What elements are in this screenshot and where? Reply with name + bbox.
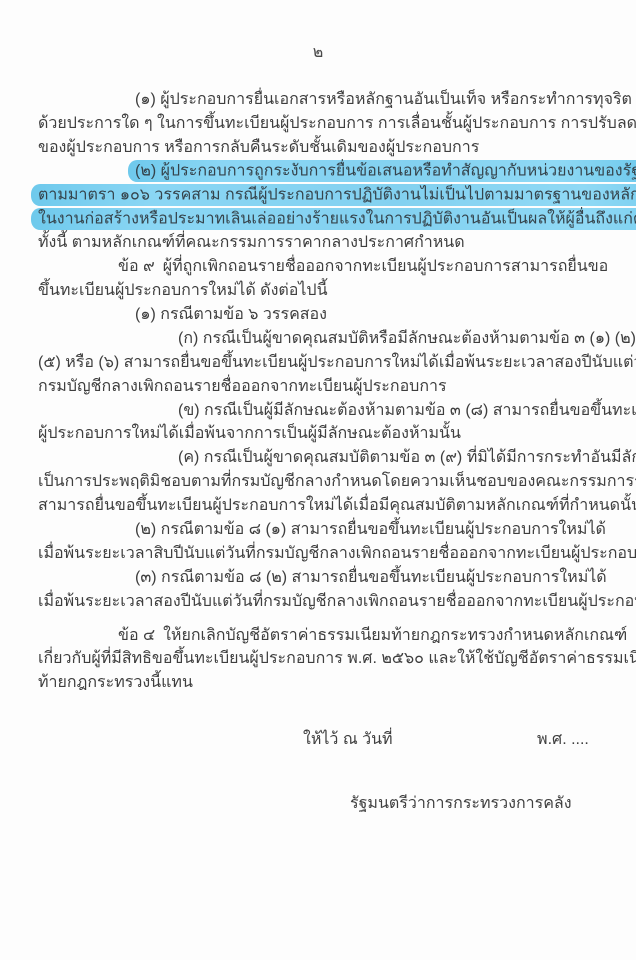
- text-line: เป็นการประพฤติมิชอบตามที่กรมบัญชีกลางกำห…: [38, 470, 604, 494]
- text-line: (๓) กรณีตามข้อ ๘ (๒) สามารถยื่นขอขึ้นทะเ…: [38, 566, 604, 590]
- text-line: (ก) กรณีเป็นผู้ขาดคุณสมบัติหรือมีลักษณะต…: [38, 327, 604, 351]
- highlighted-text: ตามมาตรา ๑๐๖ วรรคสาม กรณีผู้ประกอบการปฏิ…: [31, 184, 636, 206]
- text-line: ทั้งนี้ ตามหลักเกณฑ์ที่คณะกรรมการราคากลา…: [38, 231, 604, 255]
- text-line: (ค) กรณีเป็นผู้ขาดคุณสมบัติตามข้อ ๓ (๙) …: [38, 446, 604, 470]
- page-number: ๒: [0, 40, 636, 65]
- text-line: (๕) หรือ (๖) สามารถยื่นขอขึ้นทะเบียนผู้ป…: [38, 351, 604, 375]
- text-line: เกี่ยวกับผู้ที่มีสิทธิขอขึ้นทะเบียนผู้ปร…: [38, 647, 604, 671]
- signatory-row: รัฐมนตรีว่าการกระทรวงการคลัง: [38, 792, 604, 816]
- highlighted-text: (๒) ผู้ประกอบการถูกระงับการยื่นข้อเสนอหร…: [128, 160, 636, 182]
- text-line: เมื่อพ้นระยะเวลาสิบปีนับแต่วันที่กรมบัญช…: [38, 542, 604, 566]
- text-line: ขึ้นทะเบียนผู้ประกอบการใหม่ได้ ดังต่อไปน…: [38, 279, 604, 303]
- signatory-title: รัฐมนตรีว่าการกระทรวงการคลัง: [350, 795, 572, 812]
- text-line: (๒) กรณีตามข้อ ๘ (๑) สามารถยื่นขอขึ้นทะเ…: [38, 518, 604, 542]
- text-line: ด้วยประการใด ๆ ในการขึ้นทะเบียนผู้ประกอบ…: [38, 112, 604, 136]
- text-line: ข้อ ๙ ผู้ที่ถูกเพิกถอนรายชื่อออกจากทะเบี…: [38, 255, 604, 279]
- text-line: (๑) ผู้ประกอบการยื่นเอกสารหรือหลักฐานอัน…: [38, 88, 604, 112]
- text-line: ข้อ ๔ ให้ยกเลิกบัญชีอัตราค่าธรรมเนียมท้า…: [38, 624, 604, 648]
- text-line: ในงานก่อสร้างหรือประมาทเลินเล่ออย่างร้าย…: [38, 207, 604, 231]
- document-body: (๑) ผู้ประกอบการยื่นเอกสารหรือหลักฐานอัน…: [38, 88, 604, 816]
- text-line: เมื่อพ้นระยะเวลาสองปีนับแต่วันที่กรมบัญช…: [38, 590, 604, 614]
- buddhist-era-placeholder: พ.ศ. ....: [537, 731, 589, 748]
- text-line: (ข) กรณีเป็นผู้มีลักษณะต้องห้ามตามข้อ ๓ …: [38, 399, 604, 423]
- text-line: ท้ายกฎกระทรวงนี้แทน: [38, 671, 604, 695]
- text-line: ผู้ประกอบการใหม่ได้เมื่อพ้นจากการเป็นผู้…: [38, 422, 604, 446]
- text-line: ของผู้ประกอบการ หรือการกลับคืนระดับชั้นเ…: [38, 136, 604, 160]
- text-line: ตามมาตรา ๑๐๖ วรรคสาม กรณีผู้ประกอบการปฏิ…: [38, 184, 604, 208]
- text-line: กรมบัญชีกลางเพิกถอนรายชื่อออกจากทะเบียนผ…: [38, 375, 604, 399]
- section-4: ข้อ ๔ ให้ยกเลิกบัญชีอัตราค่าธรรมเนียมท้า…: [38, 624, 604, 696]
- given-date-label: ให้ไว้ ณ วันที่: [303, 731, 393, 748]
- highlighted-text: ในงานก่อสร้างหรือประมาทเลินเล่ออย่างร้าย…: [31, 208, 636, 230]
- text-line: (๑) กรณีตามข้อ ๖ วรรคสอง: [38, 303, 604, 327]
- given-date-row: ให้ไว้ ณ วันที่ พ.ศ. ....: [38, 728, 604, 752]
- document-page: ๒ (๑) ผู้ประกอบการยื่นเอกสารหรือหลักฐานอ…: [0, 0, 636, 960]
- text-line: สามารถยื่นขอขึ้นทะเบียนผู้ประกอบการใหม่ไ…: [38, 494, 604, 518]
- text-line: (๒) ผู้ประกอบการถูกระงับการยื่นข้อเสนอหร…: [38, 160, 604, 184]
